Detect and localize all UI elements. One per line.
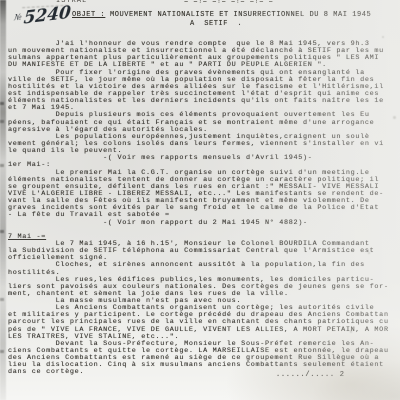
text-line xyxy=(8,227,400,234)
scan-speck xyxy=(368,252,370,254)
text-line: -( Voir mes rapports mensuels d'Avril 19… xyxy=(8,155,400,162)
scanned-document-page: №5240 ISTRAL ="=!="=!="=!="=!="= OBJET :… xyxy=(0,0,400,400)
page-continuation-marker: ....../..... 2 xyxy=(276,371,345,379)
subject-title: MOUVEMENT NATIONALISTE ET INSURRECTIONNE… xyxy=(105,11,371,19)
text-line: -( Voir mon rapport du 2 Mai 1945 N° 488… xyxy=(8,220,400,227)
subject-location: A SETIF . xyxy=(72,20,400,29)
scan-edge-left xyxy=(0,0,6,400)
scan-speck xyxy=(393,116,396,119)
numero-sign: № xyxy=(14,12,22,22)
subject-label: OBJET : xyxy=(72,11,105,19)
body-text: J'ai l'honneur de vous rendre compte que… xyxy=(8,41,400,377)
subject-block: OBJET : MOUVEMENT NATIONALISTE ET INSURR… xyxy=(72,11,400,29)
text-line: Cloches, et sirènes annoncent aussitôt à… xyxy=(8,262,400,269)
scan-edge-marks xyxy=(0,102,4,105)
typed-dash-ornament: ="=!="=!="=!="=!="= xyxy=(184,0,273,6)
scan-speck xyxy=(350,330,352,333)
scan-speck xyxy=(382,36,384,38)
cutoff-header-text: ISTRAL xyxy=(56,0,87,5)
